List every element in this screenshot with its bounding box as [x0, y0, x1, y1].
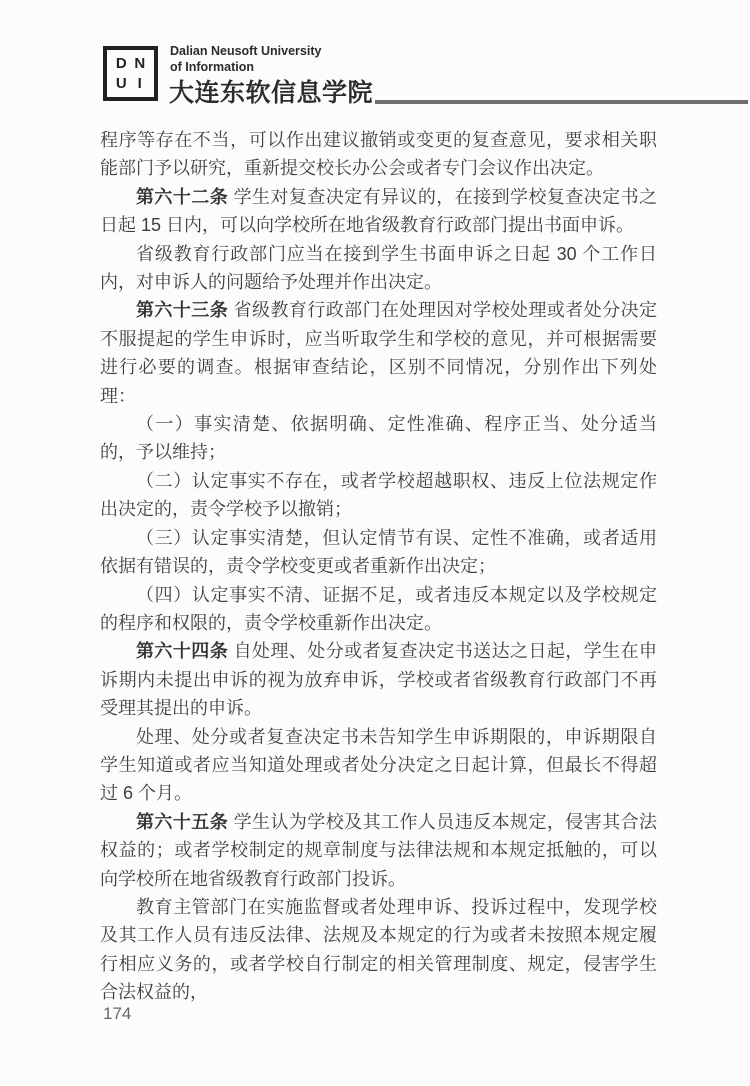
article-number: 第六十五条: [136, 812, 228, 832]
logo-letter-n: N: [134, 56, 145, 71]
university-name-english-line1: Dalian Neusoft University: [170, 44, 321, 60]
body-paragraph: （二）认定事实不存在，或者学校超越职权、违反上位法规定作出决定的，责令学校予以撤…: [100, 467, 657, 524]
header-divider-rule: [375, 100, 748, 104]
logo-letter-i: I: [138, 76, 142, 91]
logo-letter-u: U: [116, 76, 127, 91]
dnui-logo: D N U I: [103, 46, 158, 101]
document-body: 程序等存在不当，可以作出建议撤销或变更的复查意见，要求相关职能部门予以研究，重新…: [100, 126, 657, 1007]
article-number: 第六十二条: [136, 187, 228, 207]
body-paragraph: 教育主管部门在实施监督或者处理申诉、投诉过程中，发现学校及其工作人员有违反法律、…: [100, 893, 657, 1007]
page-number: 174: [103, 1004, 131, 1024]
body-paragraph: 程序等存在不当，可以作出建议撤销或变更的复查意见，要求相关职能部门予以研究，重新…: [100, 126, 657, 183]
body-paragraph: （三）认定事实清楚，但认定情节有误、定性不准确，或者适用依据有错误的，责令学校变…: [100, 524, 657, 581]
body-paragraph: 第六十二条 学生对复查决定有异议的，在接到学校复查决定书之日起 15 日内，可以…: [100, 183, 657, 240]
body-paragraph: 省级教育行政部门应当在接到学生书面申诉之日起 30 个工作日内，对申诉人的问题给…: [100, 240, 657, 297]
university-name-english: Dalian Neusoft University of Information: [170, 44, 321, 75]
body-paragraph: （四）认定事实不清、证据不足，或者违反本规定以及学校规定的程序和权限的，责令学校…: [100, 581, 657, 638]
body-paragraph: 处理、处分或者复查决定书未告知学生申诉期限的，申诉期限自学生知道或者应当知道处理…: [100, 723, 657, 808]
article-number: 第六十三条: [136, 300, 228, 320]
article-number: 第六十四条: [136, 641, 228, 661]
body-paragraph: 第六十三条 省级教育行政部门在处理因对学校处理或者处分决定不服提起的学生申诉时，…: [100, 296, 657, 410]
document-page: D N U I Dalian Neusoft University of Inf…: [0, 0, 750, 1086]
university-name-chinese: 大连东软信息学院: [169, 73, 373, 109]
body-paragraph: 第六十五条 学生认为学校及其工作人员违反本规定，侵害其合法权益的；或者学校制定的…: [100, 808, 657, 893]
body-paragraph: （一）事实清楚、依据明确、定性准确、程序正当、处分适当的，予以维持；: [100, 410, 657, 467]
logo-letter-d: D: [116, 56, 127, 71]
body-paragraph: 第六十四条 自处理、处分或者复查决定书送达之日起，学生在申诉期内未提出申诉的视为…: [100, 637, 657, 722]
